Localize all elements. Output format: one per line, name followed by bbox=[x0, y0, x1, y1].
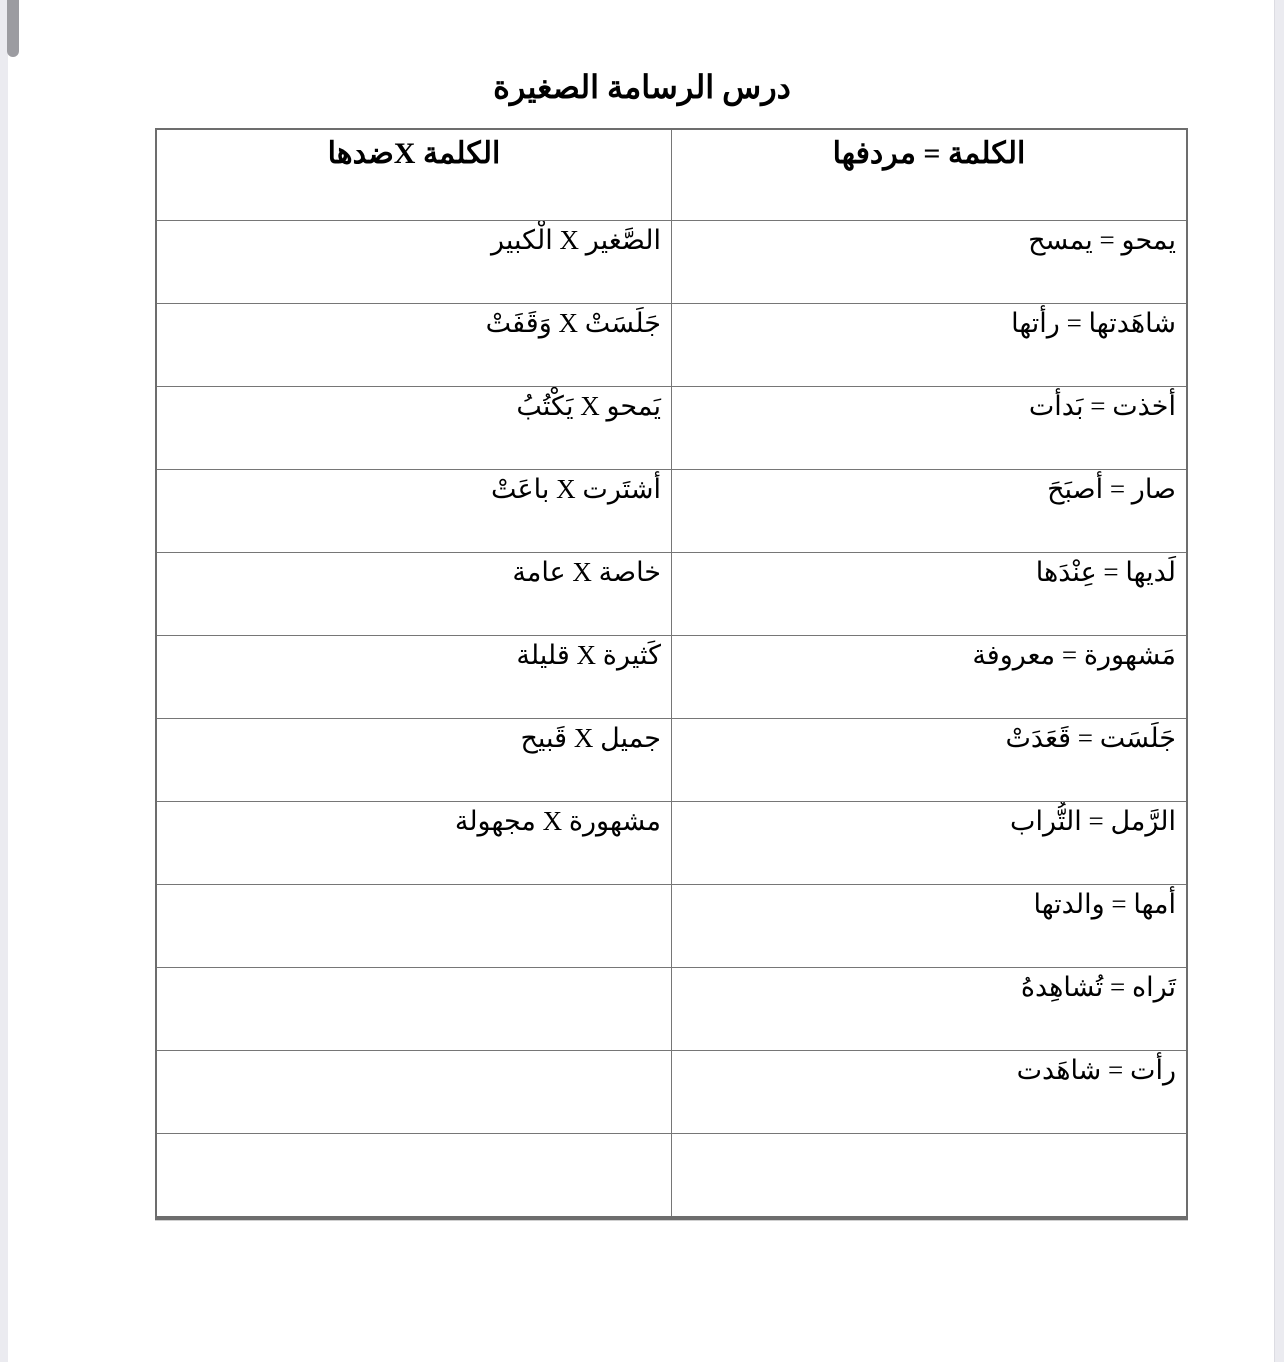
table-row: لَديها = عِنْدَها خاصة X عامة bbox=[156, 553, 1187, 636]
antonym-cell: جميل X قَبيح bbox=[156, 719, 672, 802]
synonym-cell: أخذت = بَدأت bbox=[672, 387, 1188, 470]
page-title: درس الرسامة الصغيرة bbox=[0, 68, 1284, 106]
synonym-cell: لَديها = عِنْدَها bbox=[672, 553, 1188, 636]
antonym-cell: أشتَرت X باعَتْ bbox=[156, 470, 672, 553]
right-scrollbar-track[interactable] bbox=[1274, 0, 1284, 1362]
table-row: مَشهورة = معروفة كَثيرة X قليلة bbox=[156, 636, 1187, 719]
document-page: { "page": { "title": "درس الرسامة الصغير… bbox=[0, 0, 1284, 1362]
table-row: أمها = والدتها bbox=[156, 885, 1187, 968]
table-row: الرَّمل = التُّراب مشهورة X مجهولة bbox=[156, 802, 1187, 885]
antonym-cell bbox=[156, 968, 672, 1051]
table-row: شاهَدتها = رأتها جَلَسَتْ X وَقَفَتْ bbox=[156, 304, 1187, 387]
vocab-table: الكلمة = مردفها الكلمة Xضدها يمحو = يمسح… bbox=[155, 128, 1188, 1220]
antonym-cell bbox=[156, 1134, 672, 1219]
table-row bbox=[156, 1134, 1187, 1219]
table-header-row: الكلمة = مردفها الكلمة Xضدها bbox=[156, 129, 1187, 221]
synonym-cell: يمحو = يمسح bbox=[672, 221, 1188, 304]
synonym-cell: رأت = شاهَدت bbox=[672, 1051, 1188, 1134]
synonym-cell: أمها = والدتها bbox=[672, 885, 1188, 968]
antonym-cell: يَمحو X يَكْتُبُ bbox=[156, 387, 672, 470]
antonyms-column-header: الكلمة Xضدها bbox=[156, 129, 672, 221]
synonym-cell: جَلَسَت = قَعَدَتْ bbox=[672, 719, 1188, 802]
antonym-cell: خاصة X عامة bbox=[156, 553, 672, 636]
table-row: صار = أصبَحَ أشتَرت X باعَتْ bbox=[156, 470, 1187, 553]
table-row: جَلَسَت = قَعَدَتْ جميل X قَبيح bbox=[156, 719, 1187, 802]
left-scrollbar-track[interactable] bbox=[0, 0, 8, 1362]
antonym-cell: كَثيرة X قليلة bbox=[156, 636, 672, 719]
table-row: يمحو = يمسح الصَّغير X الْكبير bbox=[156, 221, 1187, 304]
antonym-cell bbox=[156, 885, 672, 968]
table-row: تَراه = تُشاهِدهُ bbox=[156, 968, 1187, 1051]
synonym-cell: تَراه = تُشاهِدهُ bbox=[672, 968, 1188, 1051]
synonyms-column-header: الكلمة = مردفها bbox=[672, 129, 1188, 221]
synonym-cell bbox=[672, 1134, 1188, 1219]
antonym-cell bbox=[156, 1051, 672, 1134]
synonym-cell: مَشهورة = معروفة bbox=[672, 636, 1188, 719]
synonym-cell: الرَّمل = التُّراب bbox=[672, 802, 1188, 885]
table-row: أخذت = بَدأت يَمحو X يَكْتُبُ bbox=[156, 387, 1187, 470]
synonym-cell: صار = أصبَحَ bbox=[672, 470, 1188, 553]
antonym-cell: جَلَسَتْ X وَقَفَتْ bbox=[156, 304, 672, 387]
table-row: رأت = شاهَدت bbox=[156, 1051, 1187, 1134]
antonym-cell: مشهورة X مجهولة bbox=[156, 802, 672, 885]
left-scrollbar-thumb-icon[interactable] bbox=[7, 0, 19, 57]
antonym-cell: الصَّغير X الْكبير bbox=[156, 221, 672, 304]
synonym-cell: شاهَدتها = رأتها bbox=[672, 304, 1188, 387]
